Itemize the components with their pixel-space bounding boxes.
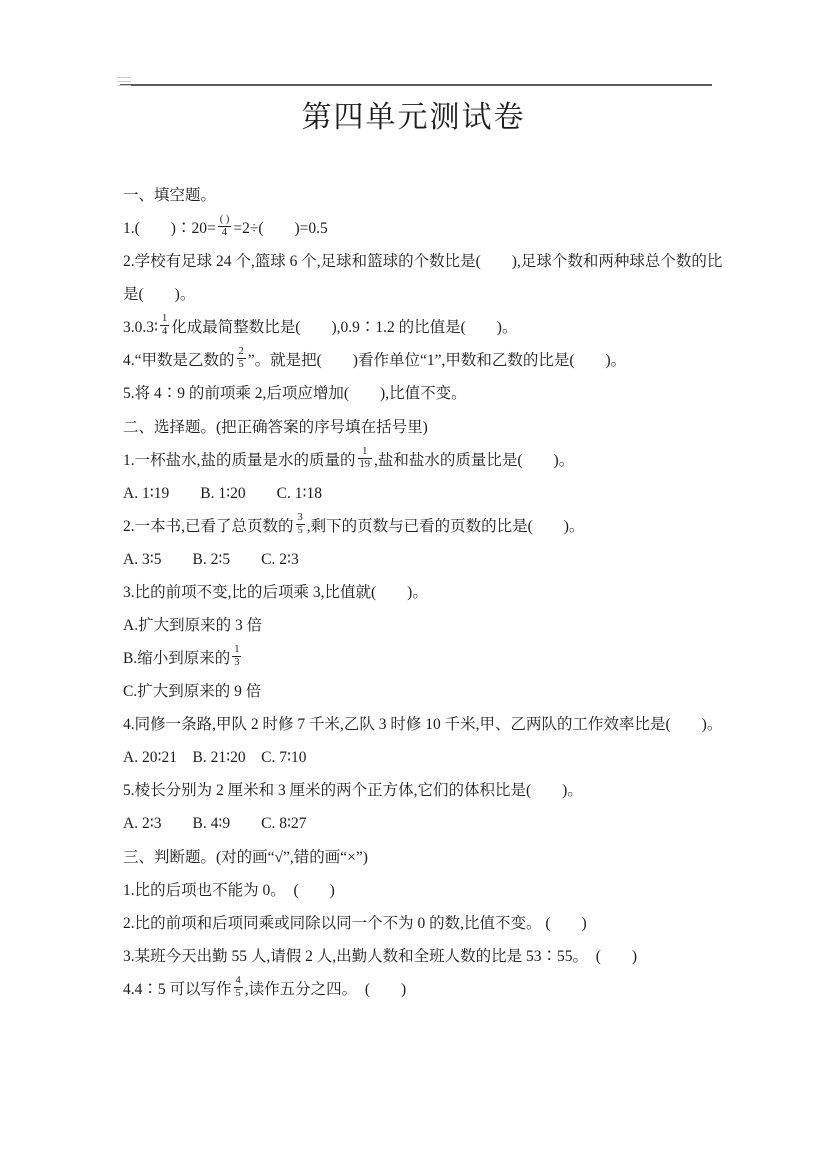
- fraction-numerator: 4: [234, 975, 243, 988]
- test-paper-page: 第四单元测试卷 一、填空题。1.( )∶20=( )4=2÷( )=0.52.学…: [0, 0, 827, 1169]
- text-run: ,剩下的页数与已看的页数的比是( )。: [307, 518, 585, 535]
- text-run: 2.一本书,已看了总页数的: [123, 518, 294, 535]
- fraction-denominator: 4: [160, 326, 169, 338]
- question-line: 5.棱长分别为 2 厘米和 3 厘米的两个正方体,它们的体积比是( )。: [123, 774, 723, 807]
- text-run: 一、填空题。: [123, 187, 216, 204]
- fraction-numerator: ( ): [218, 214, 232, 227]
- question-line: 2.一本书,已看了总页数的35,剩下的页数与已看的页数的比是( )。: [123, 510, 723, 543]
- text-run: 3.某班今天出勤 55 人,请假 2 人,出勤人数和全班人数的比是 53∶55。…: [123, 948, 637, 965]
- text-run: C.扩大到原来的 9 倍: [123, 683, 261, 700]
- text-run: A.扩大到原来的 3 倍: [123, 617, 262, 634]
- text-run: 1.( )∶20=: [123, 220, 216, 237]
- option-line: A. 2∶3 B. 4∶9 C. 8∶27: [123, 807, 723, 840]
- text-run: 5.棱长分别为 2 厘米和 3 厘米的两个正方体,它们的体积比是( )。: [123, 782, 583, 799]
- fraction-denominator: 5: [234, 988, 243, 1000]
- question-line: 1.比的后项也不能为 0。 ( ): [123, 874, 723, 907]
- fraction-denominator: 19: [358, 459, 373, 471]
- fraction-denominator: 3: [232, 657, 241, 669]
- text-run: A. 3∶5 B. 2∶5 C. 2∶3: [123, 551, 299, 568]
- fraction: 119: [358, 446, 373, 471]
- question-line: 3.某班今天出勤 55 人,请假 2 人,出勤人数和全班人数的比是 53∶55。…: [123, 940, 723, 973]
- question-line: 5.将 4∶9 的前项乘 2,后项应增加( ),比值不变。: [123, 377, 723, 410]
- text-run: 4.同修一条路,甲队 2 时修 7 千米,乙队 3 时修 10 千米,甲、乙两队…: [123, 716, 722, 733]
- question-line: 2.比的前项和后项同乘或同除以同一个不为 0 的数,比值不变。 ( ): [123, 907, 723, 940]
- question-line: 3.0.3∶14化成最简整数比是( ),0.9∶1.2 的比值是( )。: [123, 311, 723, 344]
- option-line: A. 1∶19 B. 1∶20 C. 1∶18: [123, 477, 723, 510]
- fraction-denominator: 5: [296, 525, 305, 537]
- fraction-numerator: 1: [160, 313, 169, 326]
- text-run: 4.4∶5 可以写作: [123, 981, 232, 998]
- question-line: 4.同修一条路,甲队 2 时修 7 千米,乙队 3 时修 10 千米,甲、乙两队…: [123, 708, 723, 741]
- question-line: 1.( )∶20=( )4=2÷( )=0.5: [123, 212, 723, 245]
- text-run: 1.一杯盐水,盐的质量是水的质量的: [123, 452, 356, 469]
- text-run: A. 2∶3 B. 4∶9 C. 8∶27: [123, 815, 306, 832]
- question-line: 4.“甲数是乙数的25”。就是把( )看作单位“1”,甲数和乙数的比是( )。: [123, 344, 723, 377]
- fraction-numerator: 1: [232, 644, 241, 657]
- text-run: B.缩小到原来的: [123, 650, 230, 667]
- text-run: 5.将 4∶9 的前项乘 2,后项应增加( ),比值不变。: [123, 385, 467, 402]
- fraction-numerator: 3: [296, 512, 305, 525]
- fraction: 35: [296, 512, 305, 537]
- question-line: 4.4∶5 可以写作45,读作五分之四。 ( ): [123, 973, 723, 1006]
- option-line: A. 20∶21 B. 21∶20 C. 7∶10: [123, 741, 723, 774]
- document-content: 一、填空题。1.( )∶20=( )4=2÷( )=0.52.学校有足球 24 …: [123, 178, 723, 1006]
- question-line: 1.一杯盐水,盐的质量是水的质量的119,盐和盐水的质量比是( )。: [123, 444, 723, 477]
- text-run: 1.比的后项也不能为 0。 ( ): [123, 882, 335, 899]
- question-line: 2.学校有足球 24 个,篮球 6 个,足球和篮球的个数比是( ),足球个数和两…: [123, 245, 723, 311]
- text-run: ,读作五分之四。 ( ): [245, 981, 406, 998]
- option-line: B.缩小到原来的13: [123, 642, 723, 675]
- fraction: 45: [234, 975, 243, 1000]
- text-run: 三、判断题。(对的画“√”,错的画“×”): [123, 849, 368, 866]
- header-rule: [120, 84, 712, 86]
- fraction-numerator: 1: [358, 446, 373, 459]
- option-line: C.扩大到原来的 9 倍: [123, 675, 723, 708]
- text-run: 2.比的前项和后项同乘或同除以同一个不为 0 的数,比值不变。 ( ): [123, 915, 587, 932]
- fraction: 25: [237, 346, 246, 371]
- question-line: 3.比的前项不变,比的后项乘 3,比值就( )。: [123, 576, 723, 609]
- fraction: ( )4: [218, 214, 232, 239]
- fraction-denominator: 4: [218, 227, 232, 239]
- rule-artifact-marks: [117, 77, 131, 93]
- text-run: 3.0.3∶: [123, 319, 158, 336]
- fraction: 14: [160, 313, 169, 338]
- section-heading: 三、判断题。(对的画“√”,错的画“×”): [123, 841, 723, 874]
- text-run: =2÷( )=0.5: [233, 220, 327, 237]
- text-run: 4.“甲数是乙数的: [123, 352, 235, 369]
- text-run: ”。就是把( )看作单位“1”,甲数和乙数的比是( )。: [248, 352, 626, 369]
- option-line: A. 3∶5 B. 2∶5 C. 2∶3: [123, 543, 723, 576]
- text-run: 3.比的前项不变,比的后项乘 3,比值就( )。: [123, 584, 428, 601]
- option-line: A.扩大到原来的 3 倍: [123, 609, 723, 642]
- section-heading: 二、选择题。(把正确答案的序号填在括号里): [123, 411, 723, 444]
- page-title: 第四单元测试卷: [0, 0, 827, 137]
- fraction: 13: [232, 644, 241, 669]
- text-run: A. 20∶21 B. 21∶20 C. 7∶10: [123, 749, 306, 766]
- text-run: 2.学校有足球 24 个,篮球 6 个,足球和篮球的个数比是( ),足球个数和两…: [123, 253, 722, 303]
- text-run: 化成最简整数比是( ),0.9∶1.2 的比值是( )。: [171, 319, 517, 336]
- text-run: ,盐和盐水的质量比是( )。: [374, 452, 574, 469]
- text-run: 二、选择题。(把正确答案的序号填在括号里): [123, 419, 428, 436]
- section-heading: 一、填空题。: [123, 179, 723, 212]
- text-run: A. 1∶19 B. 1∶20 C. 1∶18: [123, 485, 322, 502]
- fraction-denominator: 5: [237, 359, 246, 371]
- fraction-numerator: 2: [237, 346, 246, 359]
